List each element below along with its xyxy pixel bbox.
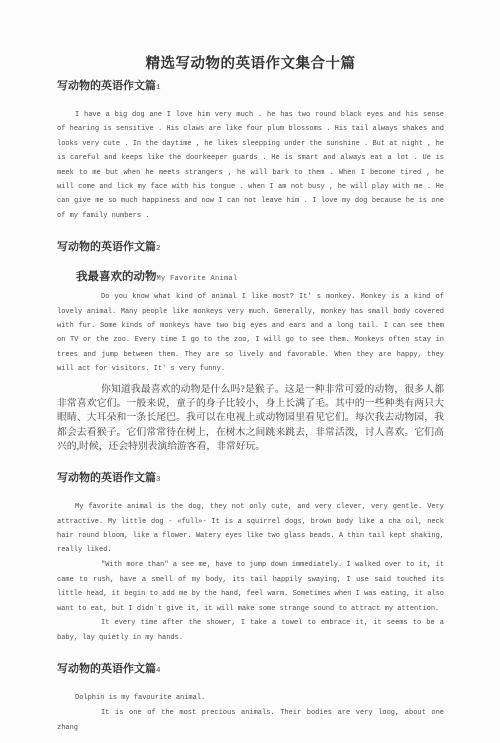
section-heading: 写动物的英语作文篇1 xyxy=(57,80,444,95)
section-heading-text: 写动物的英语作文篇 xyxy=(57,472,156,484)
paragraph-en: Dolphin is my favourite animal. xyxy=(57,691,444,705)
section-heading-text: 写动物的英语作文篇 xyxy=(57,80,156,92)
section-heading-text: 写动物的英语作文篇 xyxy=(57,241,156,253)
paragraph-en: I have a big dog ane I love him very muc… xyxy=(57,108,444,223)
paragraph-zh: 你知道我最喜欢的动物是什么吗?是猴子。这是一种非常可爱的动物，很多人都非常喜欢它… xyxy=(57,383,444,454)
section-heading-number: 4 xyxy=(156,667,161,675)
paragraph-en: It is one of the most precious animals. … xyxy=(57,706,444,735)
subheading: 我最喜欢的动物My Favorite Animal xyxy=(57,269,444,286)
section-2: 写动物的英语作文篇2我最喜欢的动物My Favorite AnimalDo yo… xyxy=(57,241,444,454)
section-heading: 写动物的英语作文篇3 xyxy=(57,472,444,487)
subheading-chinese: 我最喜欢的动物 xyxy=(76,271,157,283)
section-1: 写动物的英语作文篇1I have a big dog ane I love hi… xyxy=(57,80,444,223)
paragraph-en: It every time after the shower, I take a… xyxy=(57,616,444,645)
section-heading-number: 3 xyxy=(156,476,161,484)
section-heading: 写动物的英语作文篇2 xyxy=(57,241,444,256)
section-heading-number: 2 xyxy=(156,245,161,253)
paragraph-en: My favorite animal is the dog, they not … xyxy=(57,500,444,558)
paragraph-en: Do you know what kind of animal I like m… xyxy=(57,290,444,376)
subheading-english: My Favorite Animal xyxy=(157,275,238,283)
sections: 写动物的英语作文篇1I have a big dog ane I love hi… xyxy=(57,80,444,735)
section-heading: 写动物的英语作文篇4 xyxy=(57,663,444,678)
section-heading-number: 1 xyxy=(156,84,161,92)
section-4: 写动物的英语作文篇4Dolphin is my favourite animal… xyxy=(57,663,444,735)
section-3: 写动物的英语作文篇3My favorite animal is the dog,… xyxy=(57,472,444,645)
paragraph-en: "With more than" a see me, have to jump … xyxy=(57,558,444,616)
document-title: 精选写动物的英语作文集合十篇 xyxy=(57,56,444,72)
section-heading-text: 写动物的英语作文篇 xyxy=(57,663,156,675)
document-page: 精选写动物的英语作文集合十篇 写动物的英语作文篇1I have a big do… xyxy=(0,0,500,743)
